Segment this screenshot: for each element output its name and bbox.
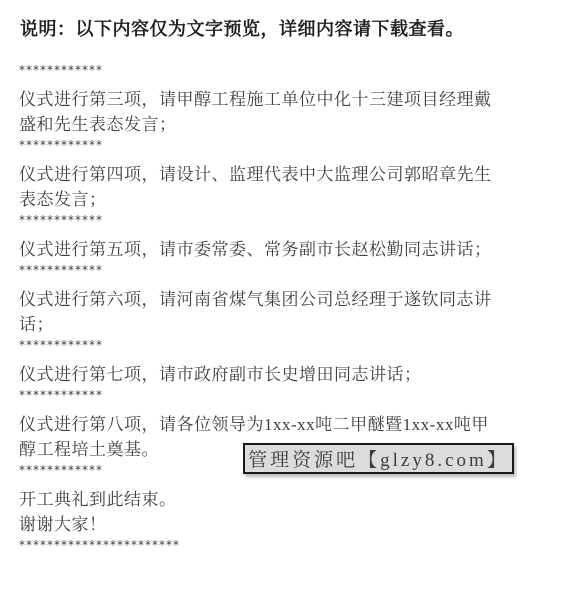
ellipsis-separator: ************ <box>19 208 558 233</box>
paragraph-item-3: 仪式进行第三项，请甲醇工程施工单位中化十三建项目经理戴 盛和先生表态发言； <box>19 87 558 137</box>
preview-notice: 说明：以下内容仅为文字预览，详细内容请下载查看。 <box>20 16 558 42</box>
document-preview-page: 说明：以下内容仅为文字预览，详细内容请下载查看。 ************ 仪式… <box>0 0 578 600</box>
watermark-label: 管理资源吧【glzy8.com】 <box>248 445 509 472</box>
paragraph-item-4: 仪式进行第四项，请设计、监理代表中大监理公司郭昭章先生 表态发言； <box>19 162 558 212</box>
ellipsis-separator: ************ <box>19 333 558 358</box>
closing-line-1: 开工典礼到此结束。 <box>19 487 558 512</box>
watermark-badge: 管理资源吧【glzy8.com】 <box>243 443 514 474</box>
ellipsis-separator-long: *********************** <box>19 533 558 558</box>
ellipsis-separator: ************ <box>19 258 558 283</box>
paragraph-item-6: 仪式进行第六项，请河南省煤气集团公司总经理于遂钦同志讲 话； <box>19 287 558 337</box>
ellipsis-separator: ************ <box>19 383 558 408</box>
preview-content: 说明：以下内容仅为文字预览，详细内容请下载查看。 ************ 仪式… <box>0 0 578 562</box>
ellipsis-separator: ************ <box>19 133 558 158</box>
ellipsis-separator: ************ <box>19 58 558 83</box>
